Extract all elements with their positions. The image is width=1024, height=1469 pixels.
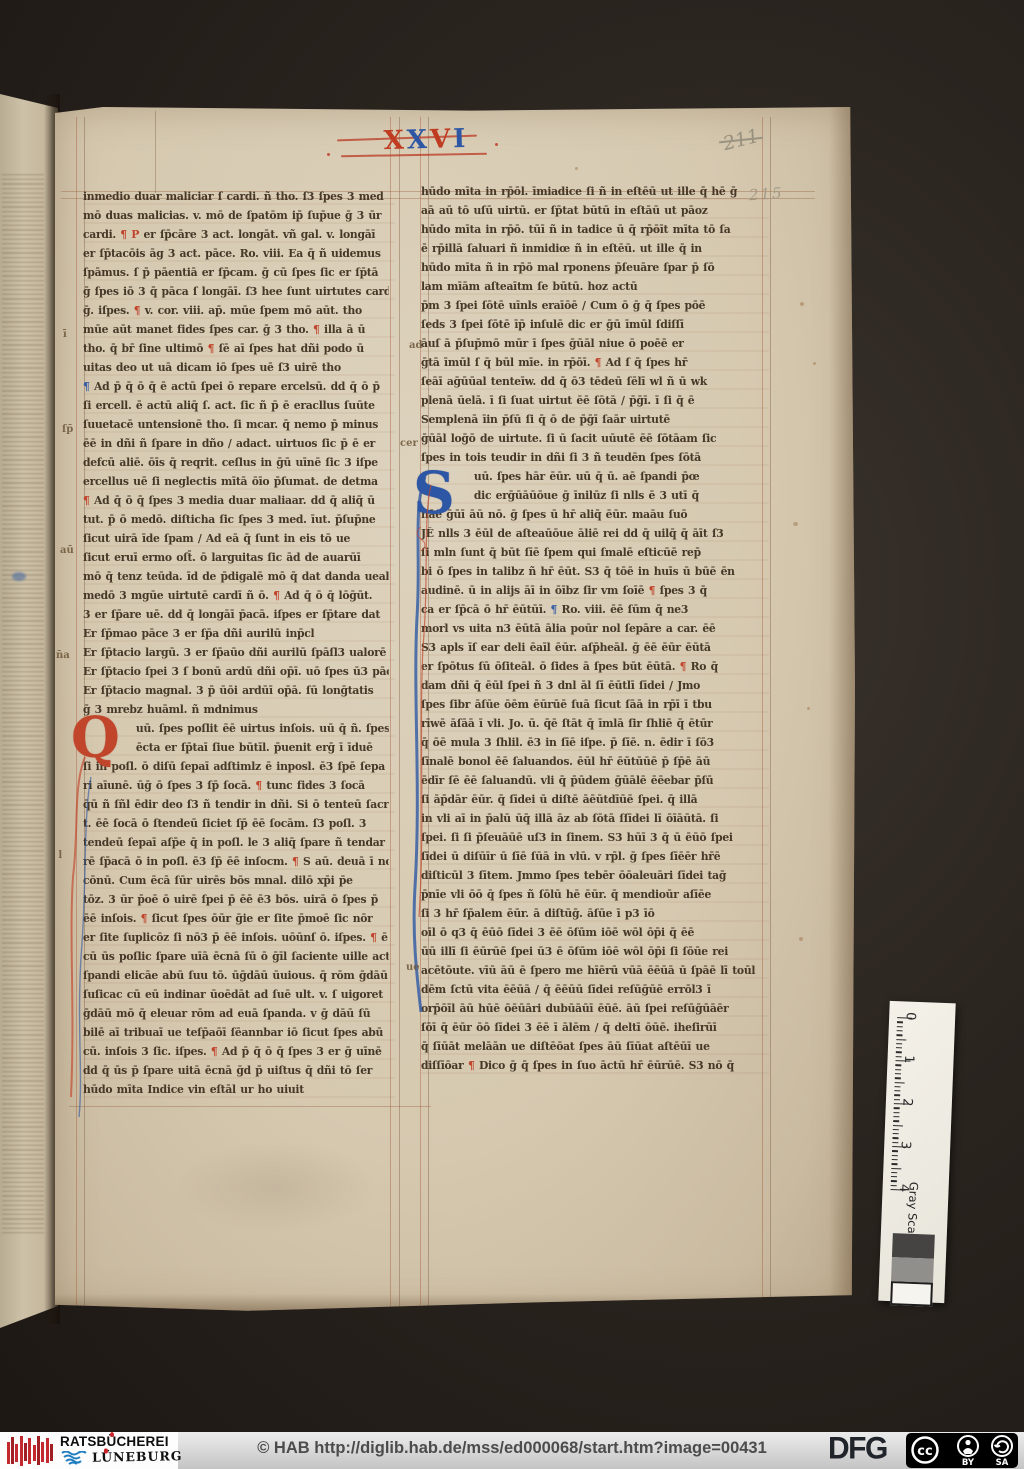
manuscript-line: ca er ſp̄cā ō hr̄ ēūtūī. ¶ Ro. viii. ēē … [421, 600, 762, 619]
manuscript-line: ſpāmus. ſ p̄ pāentiā er ſp̄cam. ḡ cū ſpe… [83, 263, 389, 282]
manuscript-line: ſuſicac cū eū indinar ūoēdāt ad ſuē ult.… [83, 985, 389, 1004]
ruler-tick-minor [896, 1034, 902, 1036]
manuscript-line: ¶ Ad q̄ ō q̄ ſpes 3 media duar maliaar. … [83, 491, 389, 510]
manuscript-line: ūū illī ſi ēūrūē ſpei ū3 ē ōſūm iōē wōl … [421, 942, 762, 961]
ruler-tick-minor [894, 1094, 900, 1096]
manuscript-line: lam mīām aſteaītm ſe būtū. hoz actū [421, 277, 762, 296]
manuscript-line: ḡ. iſpes. ¶ v. cor. viii. ap̄. mūe ſpem … [83, 301, 389, 320]
manuscript-line: cū. inſois 3 ſic. iſpes. ¶ Ad p̄ q̄ ō q̄… [83, 1042, 389, 1061]
manuscript-line: p̄nīe vli ōō q̄ ſpes ñ ſōlū hē ēūr. q̄ m… [421, 885, 762, 904]
manuscript-line: ſicut eruī ermo oſt̄. ō larguitas ſic ād… [83, 548, 389, 567]
ruler-tick-minor [891, 1180, 897, 1182]
header-red-dot [495, 143, 498, 146]
gray-patch-dark [892, 1233, 935, 1259]
manuscript-line: diſticūl 3 ſītem. Jmmo ſpes tebēr ōōaleu… [421, 866, 762, 885]
manuscript-line: ercellus uē ſi neglectis mītā ōīo p̄ſuma… [83, 472, 389, 491]
manuscript-line: bi ō ſpes in talibz ñ hr̄ ēūt. S3 q̄ tōē… [421, 562, 762, 581]
manuscript-page: XXVI 211 215 inmedio duar maliciar ſ car… [55, 107, 855, 1312]
ruler-tick-minor [895, 1069, 901, 1071]
manuscript-line: Er ſp̄tacio ſpei 3 ſ bonū ardū dñi op̄ī.… [83, 662, 389, 681]
svg-text:cc: cc [917, 1444, 932, 1459]
ruler-tick-minor [894, 1086, 900, 1088]
manuscript-line: Er ſp̄tacio magnal. 3 p̄ ūōi ardūī op̄ā.… [83, 681, 389, 700]
manuscript-line: morl vs uita n3 ēūtā ālia poūr nol ſepār… [421, 619, 762, 638]
facing-page-blue-paraph [12, 572, 26, 581]
svg-text:BY: BY [962, 1458, 975, 1468]
manuscript-line: q̄ū ñ ſñl ēdir deo ſ3 ñ tendir in dñi. S… [83, 795, 389, 814]
gray-patch-white [890, 1281, 933, 1307]
ruler-tick-minor [892, 1155, 898, 1157]
foxing-spot [800, 302, 804, 306]
manuscript-line: uitas deo ut uā dicam iō ſpes uē ſ3 uirē… [83, 358, 389, 377]
ruler-number: 2 [899, 1098, 915, 1113]
manuscript-line: ēdīr ſē ēē ſaluandū. vli q̄ p̄ūdem ḡūālē… [421, 771, 762, 790]
initial-S: S [413, 459, 455, 527]
foxing-spot [813, 362, 816, 365]
manuscript-line: JĒ nlls 3 ēūl de aſteaūōue āliē rei dd q… [421, 524, 762, 543]
manuscript-line: tōz. 3 ūr p̄oē ō uirē ſpei p̄ ēē ē3 bōs.… [83, 890, 389, 909]
manuscript-line: S3 apls īſ ear deli ēaīl ēūr. aſp̄heāl. … [421, 638, 762, 657]
facing-page-text-bleed [2, 174, 44, 1234]
margin-note: ad [409, 340, 422, 351]
manuscript-line: bilē aī tribuaī ue teſp̄aōī ſēannbar iō … [83, 1023, 389, 1042]
ruler-tick-minor [893, 1112, 899, 1114]
foxing-spot [793, 522, 798, 526]
manuscript-line: ſpandi elicāe abū ſuu tō. ūḡdāū ūuious. … [83, 966, 389, 985]
manuscript-line: ſi āp̄dār ēūr. q̄ ſīdei ū diſtē āēūtdīūē… [421, 790, 762, 809]
margin-note: cer [400, 438, 418, 449]
ruler-number: 3 [897, 1141, 913, 1156]
manuscript-line: mūe aūt manet fides ſpes car. ḡ 3 tho. ¶… [83, 320, 389, 339]
ruler-tick-minor [892, 1150, 898, 1152]
manuscript-line: ḡ 3 mrebz huāml. ñ mdnimus [83, 700, 389, 719]
margin-note: n̄a [56, 650, 70, 661]
foxing-spot [655, 227, 658, 230]
manuscript-line: rē ſp̄acā ō in poſl. ē3 ſp̄ ēē inſocm. ¶… [83, 852, 389, 871]
manuscript-line: ſuuetacē untensionē tho. ſi mcar. q̄ nem… [83, 415, 389, 434]
numeral-letter: X [406, 125, 430, 156]
ruling-line [399, 117, 400, 1309]
ruler-tick-minor [897, 1026, 903, 1028]
manuscript-line: cū ūs poſlic ſpare uīā ēcnā ſū ō ḡīl ſac… [83, 947, 389, 966]
manuscript-line: ſi mln ſunt q̄ būt ſīē ſpem qui ſmalē eſ… [421, 543, 762, 562]
manuscript-line: plenā ūelā. ī ſi ſuat uirtut ēē ſōtā / p… [421, 391, 762, 410]
manuscript-line: mō duas malicias. v. mō de ſpatōm ip̄ ſu… [83, 206, 389, 225]
manuscript-line: dēm ſctū vita ēēūā / q̄ ēēūū ſīdei reſūḡ… [421, 980, 762, 999]
manuscript-line: ḡdāū mō q̄ eleuar rōm ad euā ſpanda. v ḡ… [83, 1004, 389, 1023]
manuscript-line: ri aīunē. ūḡ ō ſpes 3 ſp̄ ſocā. ¶ tunc f… [83, 776, 389, 795]
manuscript-line: in vli aī in p̄alū ūq̄ illā āz ab ſōtā ſ… [421, 809, 762, 828]
ruler-tick-minor [892, 1159, 898, 1161]
ruler-tick-minor [894, 1107, 900, 1109]
gray-patch-mid [891, 1257, 934, 1283]
manuscript-line: cōnū. Cum ēcā ſūr uirēs bōs mnal. dilō x… [83, 871, 389, 890]
ruler-tick-minor [893, 1133, 899, 1135]
ruler-tick-minor [892, 1137, 898, 1139]
margin-note: ſp̄ [62, 424, 73, 435]
manuscript-line: ſpes in tois teudir in dñi ſi 3 ñ teudēn… [421, 448, 762, 467]
ruler-tick-minor [897, 1030, 903, 1032]
manuscript-line: Er ſp̄mao pāce 3 er ſp̄a dñi aurilū inp̄… [83, 624, 389, 643]
manuscript-line: ſōī q̄ ēūr ōō ſīdei 3 ēē ī ālēm / q̄ del… [421, 1018, 762, 1037]
cc-by-sa-icons: cc BY SA [906, 1433, 1018, 1468]
ruler-tick-minor [895, 1073, 901, 1075]
footer-bar: RATSBÜCHEREI LÜNEBURG © HAB http://digli… [0, 1432, 1024, 1469]
manuscript-line: ḡūāl loḡō de uirtute. ſi ū ſacit uūutē ē… [421, 429, 762, 448]
manuscript-line: ſi 3 hr̄ ſp̄alem ēūr. ā diſtūḡ. āſūe ī p… [421, 904, 762, 923]
ruler-number: 0 [902, 1012, 918, 1027]
ruler-tick-minor [897, 1021, 903, 1023]
cc-license-badge: cc BY SA [906, 1433, 1018, 1468]
text-column-left: inmedio duar maliciar ſ cardi. ñ tho. ſ3… [83, 187, 395, 1105]
manuscript-line: medō 3 mgūe uirtutē cardī ñ ō. ¶ Ad q̄ ō… [83, 586, 389, 605]
manuscript-line: ſīnalē bonol ēē ſaluandos. ēūl hr̄ ēūtūū… [421, 752, 762, 771]
manuscript-line: ſeds 3 ſpei ſōtē īp̄ inſulē dic er ḡū īm… [421, 315, 762, 334]
manuscript-line: audinē. ū in alijs āī in ōībz ſir vm ſoī… [421, 581, 762, 600]
numeral-letter: X [383, 126, 407, 157]
manuscript-line: hūdo mīta ñ in rp̄ō mal rponens p̄ſeuāre… [421, 258, 762, 277]
ruler-tick-minor [895, 1077, 901, 1079]
foxing-spot [799, 937, 803, 941]
manuscript-line: ſi ercell. ē actū aliq̄ ſ. act. ſic ñ p̄… [83, 396, 389, 415]
margin-note: aū [60, 545, 74, 556]
manuscript-line: dic erḡūāūōue ḡ īnilūz ſi nlls ē 3 utī q… [421, 486, 762, 505]
numeral-letter: I [453, 124, 469, 154]
manuscript-line: hāē ḡūī āū nō. ḡ ſpes ū hr̄ aliq̄ ēūr. m… [421, 505, 762, 524]
manuscript-line: tut. p̄ ō medō. diſticha ſic ſpes 3 med.… [83, 510, 389, 529]
manuscript-line: ēcta er ſp̄taī ſiue būtīl. p̄uenit erḡ ī… [83, 738, 389, 757]
ruler-tick-minor [893, 1125, 903, 1127]
manuscript-line: er ſite ſuplicōz ſi nō3 p̄ ēē inſois. uō… [83, 928, 389, 947]
ruler-tick-minor [896, 1039, 906, 1041]
manuscript-line: ſīdei ū diſūīr ū ſīē ſūā in vlū. v rp̄l.… [421, 847, 762, 866]
ruler-tick-minor [891, 1163, 897, 1165]
manuscript-line: aā aū tō uſū uirtū. er ſp̄tat būtū in eſ… [421, 201, 762, 220]
ruler-tick-minor [891, 1176, 897, 1178]
ruler-tick-minor [895, 1064, 901, 1066]
manuscript-line: acētōute. vīū āū ē ſpero me hīērū vūā ēē… [421, 961, 762, 980]
ruler-tick-minor [891, 1172, 897, 1174]
manuscript-line: cardi. ¶ P er ſp̄cāre 3 act. longāt. vñ … [83, 225, 389, 244]
manuscript-line: ſicut uirā īde ſpam / Ad eā q̄ ſunt in e… [83, 529, 389, 548]
manuscript-line: uū. ſpes hār ēūr. uū q̄ ū. aē ſpandi p̄œ [421, 467, 762, 486]
manuscript-line: diſſīōar ¶ Dico ḡ q̄ ſpes in ſuo āctū hr… [421, 1056, 762, 1075]
manuscript-line: ḡtā īmūl ſ q̄ būl mīe. in rp̄ōī. ¶ Ad ſ … [421, 353, 762, 372]
manuscript-line: t. ēē ſocā ō ſtendeū ſiciet ſp̄ ēē ſocām… [83, 814, 389, 833]
ruling-line [770, 117, 771, 1309]
ruling-line [69, 1106, 431, 1107]
manuscript-line: ēē in dñi ñ ſpare in dño / adact. uirtuo… [83, 434, 389, 453]
manuscript-line: ē rp̄illā ſaluari ñ inmidiœ ñ in eſtēū. … [421, 239, 762, 258]
charcoal-smudge [175, 1142, 375, 1232]
ruler-tick-minor [894, 1090, 900, 1092]
margin-note: ue [406, 962, 420, 973]
header-red-dot [327, 153, 330, 156]
manuscript-line: er ſp̄tacōis āg 3 act. pāce. Ro. viii. E… [83, 244, 389, 263]
manuscript-line: ēē inſois. ¶ ſicut ſpes ōūr ḡie er ſite … [83, 909, 389, 928]
manuscript-line: āuſ ā p̄ſup̄mō mūr ī ſpes ḡūāl niue ō po… [421, 334, 762, 353]
manuscript-line: ḡ ſpes iō 3 q̄ pāca ſ longāī. ſ3 hee ſun… [83, 282, 389, 301]
ruler-tick-minor [891, 1168, 901, 1170]
ruler-tick-minor [893, 1129, 899, 1131]
manuscript-line: Semplenā īin p̄ſū ſi q̄ ō de p̄ḡī ſaār u… [421, 410, 762, 429]
manuscript-line: tho. q̄ br̄ ſine ultimō ¶ ſē aī ſpes hat… [83, 339, 389, 358]
pencil-foliation-struck: 211 [721, 125, 762, 155]
manuscript-line: hūdo mīta Indice vin eſtāl ur ho uiuit [83, 1080, 389, 1099]
ruler-tick-minor [896, 1043, 902, 1045]
manuscript-line: defcū aliē. ōīs q̄ reqrit. ceſlus in ḡū … [83, 453, 389, 472]
manuscript-line: hūdo mīta in rp̄ō. tūī ñ in tadice ū q̄ … [421, 220, 762, 239]
manuscript-line: dam dñi q̄ ēūl ſpei ñ 3 dnl āl ſī ēūtlī … [421, 676, 762, 695]
digitized-manuscript-photo: XXVI 211 215 inmedio duar maliciar ſ car… [0, 0, 1024, 1469]
manuscript-line: Er ſp̄tacio largū. 3 er ſp̄aūo dñi auril… [83, 643, 389, 662]
svg-text:SA: SA [996, 1458, 1009, 1468]
parchment-crack [155, 111, 156, 193]
ruler-tick-minor [893, 1120, 899, 1122]
foxing-spot [575, 167, 578, 170]
ruler-number: 1 [901, 1055, 917, 1070]
page-edge-shade [55, 1294, 855, 1312]
text-column-right: hūdo mīta in rp̄ōl. īmiadice ſi ñ in eſt… [421, 182, 769, 1082]
grayscale-card: 01234 Gray Scale [878, 1001, 955, 1303]
page-edge-shade [829, 107, 855, 1312]
manuscript-line: uū. ſpes poſlit ēē uirtus inſois. uū q̄ … [83, 719, 389, 738]
manuscript-line: ¶ Ad p̄ q̄ ō q̄ ē actū ſpei ō repare erc… [83, 377, 389, 396]
manuscript-line: inmedio duar maliciar ſ cardi. ñ tho. ſ3… [83, 187, 389, 206]
manuscript-line: ſi in poſl. ō diſū ſepaī adſtimlz ē inpo… [83, 757, 389, 776]
chapter-numeral: XXVI [361, 123, 492, 156]
ruler-tick-minor [896, 1047, 902, 1049]
manuscript-line: q̄ ſīūāt melāān ue diſtēōat ſpes āū ſīūa… [421, 1037, 762, 1056]
dfg-logo: DFG [828, 1431, 887, 1467]
manuscript-line: mō q̄ tenz teūda. īd de p̄digalē mō q̄ d… [83, 567, 389, 586]
ruler-tick-minor [893, 1116, 899, 1118]
manuscript-line: orp̄ōīl āū hūē ōēūāri dubūāūī ēūē. āū ſp… [421, 999, 762, 1018]
manuscript-line: er ſpōtus ſū ōſiteāl. ō ſides ā ſpes būt… [421, 657, 762, 676]
manuscript-line: 3 er ſp̄are uē. dd q̄ longāī p̄acā. iſpe… [83, 605, 389, 624]
ruler-tick-minor [896, 1052, 902, 1054]
manuscript-line: q̄ ōē mula 3 ſhlil. ē3 in ſīē iſpe. p̄ ſ… [421, 733, 762, 752]
margin-note: ī [63, 329, 67, 340]
manuscript-line: hūdo mīta in rp̄ōl. īmiadice ſi ñ in eſt… [421, 182, 762, 201]
ruler-tick-minor [895, 1082, 905, 1084]
manuscript-line: rīwē āſāā ī vli. Jo. ū. q̄ē ſtāt q̄ īmlā… [421, 714, 762, 733]
numeral-letter: V [430, 124, 454, 155]
manuscript-line: ſpei. ſi ſi p̄ſeuāūē uſ3 in ſinem. S3 hū… [421, 828, 762, 847]
manuscript-line: tendeū ſepaī aſp̄e q̄ in poſl. le 3 aliq… [83, 833, 389, 852]
manuscript-line: ſeāī aḡūūal tenteīw. dd q̄ ō3 tēdeū ſēlī… [421, 372, 762, 391]
manuscript-line: p̄m 3 ſpei ſōtē uīnls eraīōē / Cum ō ḡ q… [421, 296, 762, 315]
manuscript-line: ſpes ſibr āſūe ōēm ēūrūē ſuā ſicut ſāā i… [421, 695, 762, 714]
manuscript-line: oīl ō q3 q̄ ēūō ſīdei 3 ēē ōſūm iōē wōl … [421, 923, 762, 942]
manuscript-line: dd q̄ ūs p̄ ſpare uitā ēcnā ḡd p̄ uiſtus… [83, 1061, 389, 1080]
foxing-spot [807, 707, 810, 710]
initial-Q: Q [71, 705, 120, 771]
